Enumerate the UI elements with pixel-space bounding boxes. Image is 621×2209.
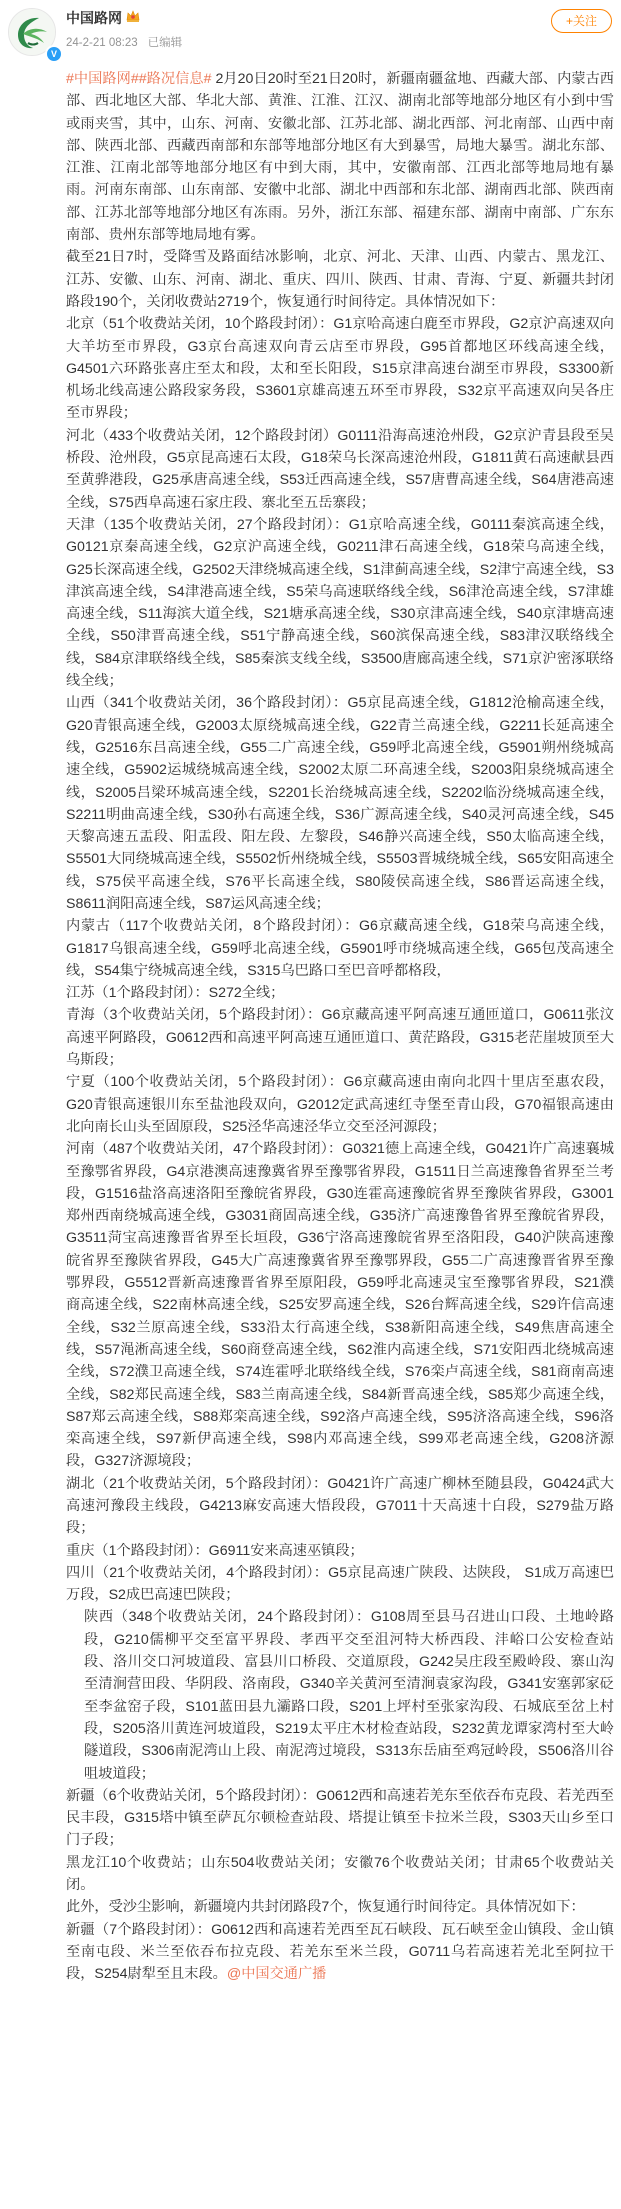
- post-body: #中国路网##路况信息# 2月20日20时至21日20时，新疆南疆盆地、西藏大部…: [66, 68, 614, 1986]
- province-hebei: 河北（433个收费站关闭，12个路段封闭）G0111沿海高速沧州段，G2京沪青县…: [66, 425, 614, 514]
- post-meta: 24-2-21 08:23已编辑: [66, 34, 182, 50]
- province-others: 黑龙江10个收费站；山东504收费站关闭；安徽76个收费站关闭；甘肃65个收费站…: [66, 1852, 614, 1897]
- province-shanxi: 山西（341个收费站关闭，36个路段封闭）：G5京昆高速全线，G1812沧榆高速…: [66, 692, 614, 915]
- province-qinghai: 青海（3个收费站关闭，5个路段封闭）：G6京藏高速平阿高速互通匝道口，G0611…: [66, 1004, 614, 1071]
- author-name[interactable]: 中国路网: [66, 8, 122, 28]
- post-timestamp[interactable]: 24-2-21 08:23: [66, 37, 138, 49]
- topic-link-road-conditions[interactable]: #路况信息#: [139, 71, 212, 87]
- province-shaanxi: 陕西（348个收费站关闭，24个路段封闭）：G108周至县马召进山口段、土地岭路…: [66, 1606, 614, 1784]
- summary-paragraph: 截至21日7时，受降雪及路面结冰影响，北京、河北、天津、山西、内蒙古、黑龙江、江…: [66, 246, 614, 313]
- province-ningxia: 宁夏（100个收费站关闭，5个路段封闭）：G6京藏高速由南向北四十里店至惠农段，…: [66, 1071, 614, 1138]
- follow-button[interactable]: +关注: [551, 9, 612, 33]
- province-henan: 河南（487个收费站关闭，47个路段封闭）：G0321德上高速全线，G0421许…: [66, 1138, 614, 1472]
- author-avatar[interactable]: V: [8, 8, 56, 56]
- province-hubei: 湖北（21个收费站关闭，5个路段封闭）：G0421许广高速广柳林至随县段，G04…: [66, 1473, 614, 1540]
- verified-badge-icon: V: [45, 45, 63, 63]
- crown-icon: [126, 9, 140, 23]
- intro-paragraph: #中国路网##路况信息# 2月20日20时至21日20时，新疆南疆盆地、西藏大部…: [66, 68, 614, 246]
- province-beijing: 北京（51个收费站关闭，10个路段封闭）：G1京哈高速白鹿至市界段，G2京沪高速…: [66, 313, 614, 424]
- province-tianjin: 天津（135个收费站关闭，27个路段封闭）：G1京哈高速全线，G0111秦滨高速…: [66, 514, 614, 692]
- sandstorm-detail: 新疆（7个路段封闭）：G0612西和高速若羌西至瓦石峡段、瓦石峡至金山镇段、金山…: [66, 1922, 614, 1983]
- province-chongqing: 重庆（1个路段封闭）：G6911安来高速巫镇段；: [66, 1540, 614, 1562]
- province-xinjiang: 新疆（6个收费站关闭，5个路段封闭）：G0612西和高速若羌东至依吞布克段、若羌…: [66, 1785, 614, 1852]
- sandstorm-detail-paragraph: 新疆（7个路段封闭）：G0612西和高速若羌西至瓦石峡段、瓦石峡至金山镇段、金山…: [66, 1919, 614, 1986]
- intro-text: 2月20日20时至21日20时，新疆南疆盆地、西藏大部、内蒙古西部、西北地区大部…: [66, 71, 614, 243]
- province-inner-mongolia: 内蒙古（117个收费站关闭，8个路段封闭）：G6京藏高速全线，G18荣乌高速全线…: [66, 915, 614, 982]
- province-sichuan: 四川（21个收费站关闭，4个路段封闭）：G5京昆高速广陕段、达陕段， S1成万高…: [66, 1562, 614, 1607]
- province-jiangsu: 江苏（1个路段封闭）：S272全线；: [66, 982, 614, 1004]
- edited-label[interactable]: 已编辑: [148, 37, 183, 49]
- sandstorm-summary: 此外，受沙尘影响，新疆境内共封闭路段7个，恢复通行时间待定。具体情况如下：: [66, 1896, 614, 1918]
- mention-link-china-traffic-radio[interactable]: @中国交通广播: [227, 1966, 327, 1982]
- topic-link-china-road-network[interactable]: #中国路网#: [66, 71, 139, 87]
